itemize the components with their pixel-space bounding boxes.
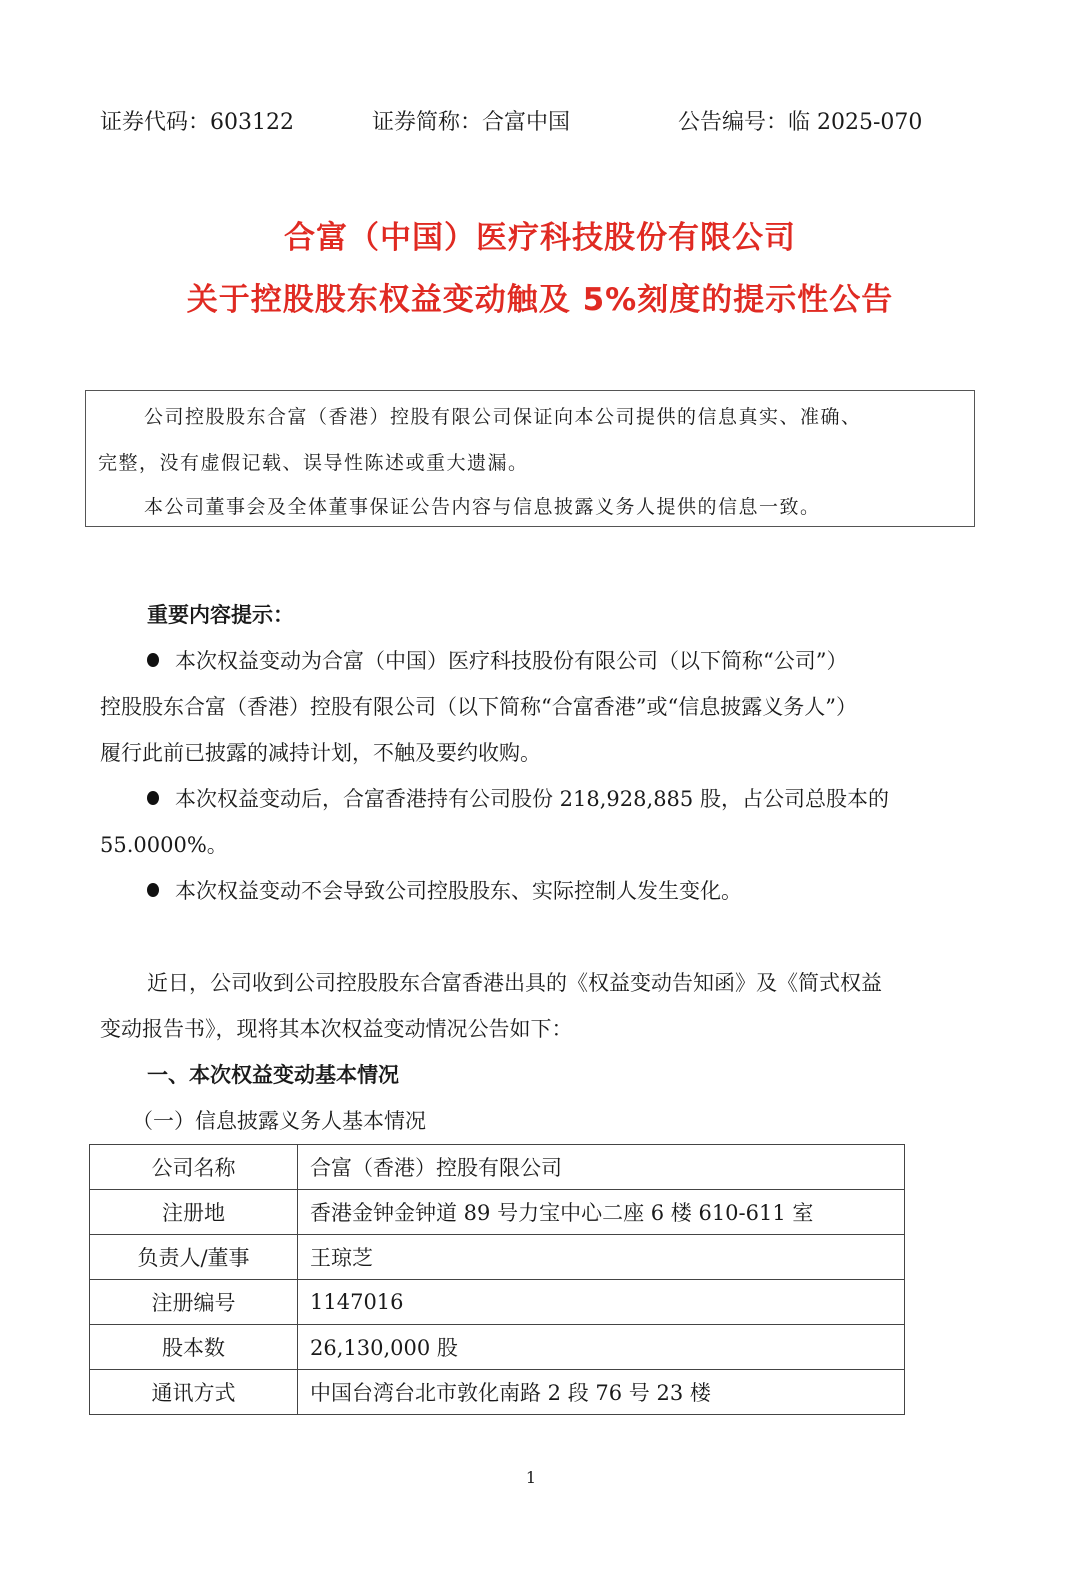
announcement-number: 公告编号：临 2025-070 bbox=[678, 106, 922, 140]
section-1-heading: 一、本次权益变动基本情况 bbox=[147, 1060, 399, 1090]
security-code: 证券代码：603122 bbox=[100, 106, 294, 140]
table-row: 公司名称 合富（香港）控股有限公司 bbox=[90, 1145, 905, 1190]
highlight-bullet-1-line-1: 本次权益变动为合富（中国）医疗科技股份有限公司（以下简称“公司”） bbox=[147, 646, 847, 676]
highlight-bullet-1-line-3: 履行此前已披露的减持计划，不触及要约收购。 bbox=[100, 738, 541, 768]
table-row: 负责人/董事 王琼芝 bbox=[90, 1235, 905, 1280]
disclosure-obligor-table: 公司名称 合富（香港）控股有限公司 注册地 香港金钟金钟道 89 号力宝中心二座… bbox=[89, 1144, 905, 1415]
section-1-subheading: （一）信息披露义务人基本情况 bbox=[132, 1106, 426, 1136]
table-row: 注册编号 1147016 bbox=[90, 1280, 905, 1325]
document-header: 证券代码：603122 证券简称：合富中国 公告编号：临 2025-070 bbox=[100, 106, 960, 140]
table-label: 通讯方式 bbox=[90, 1370, 298, 1415]
table-value: 王琼芝 bbox=[298, 1235, 905, 1280]
table-label: 注册地 bbox=[90, 1190, 298, 1235]
bullet-icon bbox=[147, 883, 159, 897]
table-value: 1147016 bbox=[298, 1280, 905, 1325]
highlights-heading: 重要内容提示： bbox=[147, 600, 294, 630]
table-value: 香港金钟金钟道 89 号力宝中心二座 6 楼 610-611 室 bbox=[298, 1190, 905, 1235]
announcement-title: 关于控股股东权益变动触及 5%刻度的提示性公告 bbox=[0, 278, 1080, 322]
disclaimer-box: 公司控股股东合富（香港）控股有限公司保证向本公司提供的信息真实、准确、 完整，没… bbox=[85, 390, 975, 527]
table-row: 注册地 香港金钟金钟道 89 号力宝中心二座 6 楼 610-611 室 bbox=[90, 1190, 905, 1235]
highlight-bullet-3-line-1: 本次权益变动不会导致公司控股股东、实际控制人发生变化。 bbox=[147, 876, 742, 906]
table-label: 注册编号 bbox=[90, 1280, 298, 1325]
page-number: 1 bbox=[0, 1468, 1062, 1487]
table-label: 公司名称 bbox=[90, 1145, 298, 1190]
highlight-bullet-1-line-2: 控股股东合富（香港）控股有限公司（以下简称“合富香港”或“信息披露义务人”） bbox=[100, 692, 857, 722]
bullet-icon bbox=[147, 791, 159, 805]
table-row: 通讯方式 中国台湾台北市敦化南路 2 段 76 号 23 楼 bbox=[90, 1370, 905, 1415]
highlight-bullet-2-line-1: 本次权益变动后，合富香港持有公司股份 218,928,885 股，占公司总股本的 bbox=[147, 784, 889, 814]
security-name: 证券简称：合富中国 bbox=[372, 106, 570, 140]
highlight-bullet-2-line-2: 55.0000%。 bbox=[100, 830, 228, 860]
table-label: 股本数 bbox=[90, 1325, 298, 1370]
intro-line-2: 变动报告书》，现将其本次权益变动情况公告如下： bbox=[100, 1014, 573, 1044]
bullet-icon bbox=[147, 653, 159, 667]
table-row: 股本数 26,130,000 股 bbox=[90, 1325, 905, 1370]
disclaimer-line-2: 完整，没有虚假记载、误导性陈述或重大遗漏。 bbox=[98, 449, 529, 477]
intro-line-1: 近日，公司收到公司控股股东合富香港出具的《权益变动告知函》及《简式权益 bbox=[147, 968, 882, 998]
table-value: 合富（香港）控股有限公司 bbox=[298, 1145, 905, 1190]
table-value: 26,130,000 股 bbox=[298, 1325, 905, 1370]
table-label: 负责人/董事 bbox=[90, 1235, 298, 1280]
table-value: 中国台湾台北市敦化南路 2 段 76 号 23 楼 bbox=[298, 1370, 905, 1415]
company-title: 合富（中国）医疗科技股份有限公司 bbox=[0, 216, 1080, 260]
disclaimer-line-1: 公司控股股东合富（香港）控股有限公司保证向本公司提供的信息真实、准确、 bbox=[144, 403, 862, 431]
disclaimer-line-3: 本公司董事会及全体董事保证公告内容与信息披露义务人提供的信息一致。 bbox=[144, 493, 821, 521]
